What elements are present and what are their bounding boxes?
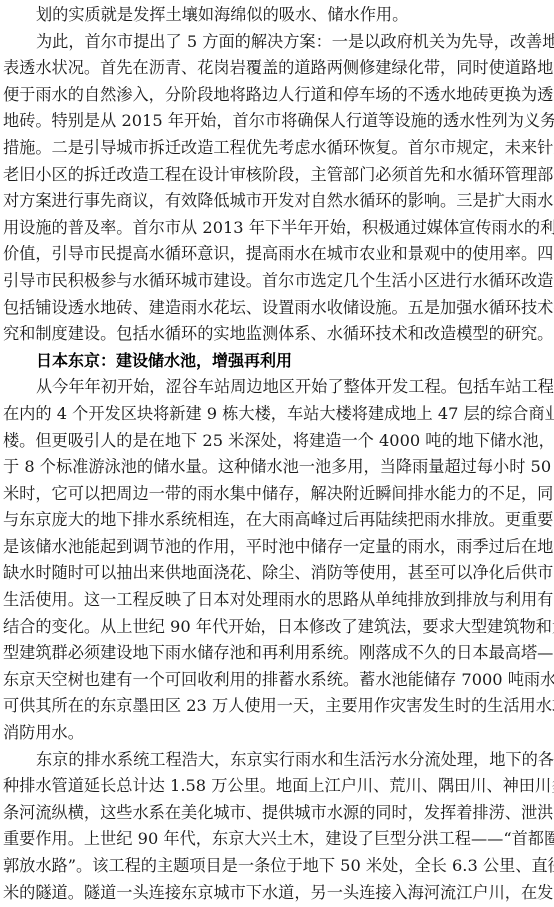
text-line: 郭放水路”。该工程的主题项目是一条位于地下 50 米处，全长 6.3 公里、直径…	[0, 853, 554, 880]
text-line: 与东京庞大的地下排水系统相连，在大雨高峰过后再陆续把雨水排放。更重要的	[0, 507, 554, 534]
text-line: 地砖。特别是从 2015 年开始，首尔市将确保人行道等设施的透水性列为义务性	[0, 108, 554, 135]
text-line: 米时，它可以把周边一带的雨水集中储存，解决附近瞬间排水能力的不足，同时	[0, 481, 554, 508]
text-line: 表透水状况。首先在沥青、花岗岩覆盖的道路两侧修建绿化带，同时使道路地形	[0, 55, 554, 82]
text-line: 东京天空树也建有一个可回收利用的排蓄水系统。蓄水池能储存 7000 吨雨水，	[0, 667, 554, 694]
text-line: 措施。二是引导城市拆迁改造工程优先考虑水循环恢复。首尔市规定，未来针对	[0, 135, 554, 162]
text-line: 老旧小区的拆迁改造工程在设计审核阶段，主管部门必须首先和水循环管理部门	[0, 162, 554, 189]
text-line: 从今年年初开始，涩谷车站周边地区开始了整体开发工程。包括车站工程	[0, 374, 554, 401]
text-line: 生活使用。这一工程反映了日本对处理雨水的思路从单纯排放到排放与利用有效	[0, 587, 554, 614]
text-line: 用设施的普及率。首尔市从 2013 年下半年开始，积极通过媒体宣传雨水的利用	[0, 215, 554, 242]
text-line: 在内的 4 个开发区块将新建 9 栋大楼，车站大楼将建成地上 47 层的综合商业…	[0, 401, 554, 428]
text-line: 划的实质就是发挥土壤如海绵似的吸水、储水作用。	[0, 2, 554, 29]
text-line: 于 8 个标准游泳池的储水量。这种储水池一池多用，当降雨量超过每小时 50 毫	[0, 454, 554, 481]
text-line: 究和制度建设。包括水循环的实地监测体系、水循环技术和改造模型的研究。	[0, 321, 554, 348]
text-line: 型建筑群必须建设地下雨水储存池和再利用系统。刚落成不久的日本最高塔——	[0, 640, 554, 667]
text-line: 包括铺设透水地砖、建造雨水花坛、设置雨水收储设施。五是加强水循环技术研	[0, 295, 554, 322]
text-line: 消防用水。	[0, 720, 554, 747]
text-line: 可供其所在的东京墨田区 23 万人使用一天，主要用作灾害发生时的生活用水或	[0, 693, 554, 720]
text-line: 重要作用。上世纪 90 年代，东京大兴土木，建设了巨型分洪工程——“首都圈外	[0, 826, 554, 853]
document-page: 划的实质就是发挥土壤如海绵似的吸水、储水作用。为此，首尔市提出了 5 方面的解决…	[0, 0, 554, 906]
text-line: 东京的排水系统工程浩大，东京实行雨水和生活污水分流处理，地下的各	[0, 747, 554, 774]
text-line: 引导市民积极参与水循环城市建设。首尔市选定几个生活小区进行水循环改造，	[0, 268, 554, 295]
text-line: 便于雨水的自然渗入，分阶段地将路边人行道和停车场的不透水地砖更换为透水	[0, 82, 554, 109]
text-line: 楼。但更吸引人的是在地下 25 米深处，将建造一个 4000 吨的地下储水池，相…	[0, 428, 554, 455]
text-line: 种排水管道延长总计达 1.58 万公里。地面上江户川、荒川、隅田川、神田川多	[0, 773, 554, 800]
text-line: 缺水时随时可以抽出来供地面浇花、除尘、消防等使用，甚至可以净化后供市民	[0, 560, 554, 587]
text-line: 为此，首尔市提出了 5 方面的解决方案：一是以政府机关为先导，改善地	[0, 29, 554, 56]
text-line: 米的隧道。隧道一头连接东京城市下水道，另一头连接入海河流江户川，在发生	[0, 880, 554, 907]
text-line: 对方案进行事先商议，有效降低城市开发对自然水循环的影响。三是扩大雨水利	[0, 188, 554, 215]
text-line: 价值，引导市民提高水循环意识，提高雨水在城市农业和景观中的使用率。四是	[0, 241, 554, 268]
text-line: 是该储水池能起到调节池的作用，平时池中储存一定量的雨水，雨季过后在地面	[0, 534, 554, 561]
text-line: 条河流纵横，这些水系在美化城市、提供城市水源的同时，发挥着排涝、泄洪的	[0, 800, 554, 827]
section-heading: 日本东京：建设储水池，增强再利用	[0, 348, 554, 375]
text-line: 结合的变化。从上世纪 90 年代开始，日本修改了建筑法，要求大型建筑物和大	[0, 614, 554, 641]
